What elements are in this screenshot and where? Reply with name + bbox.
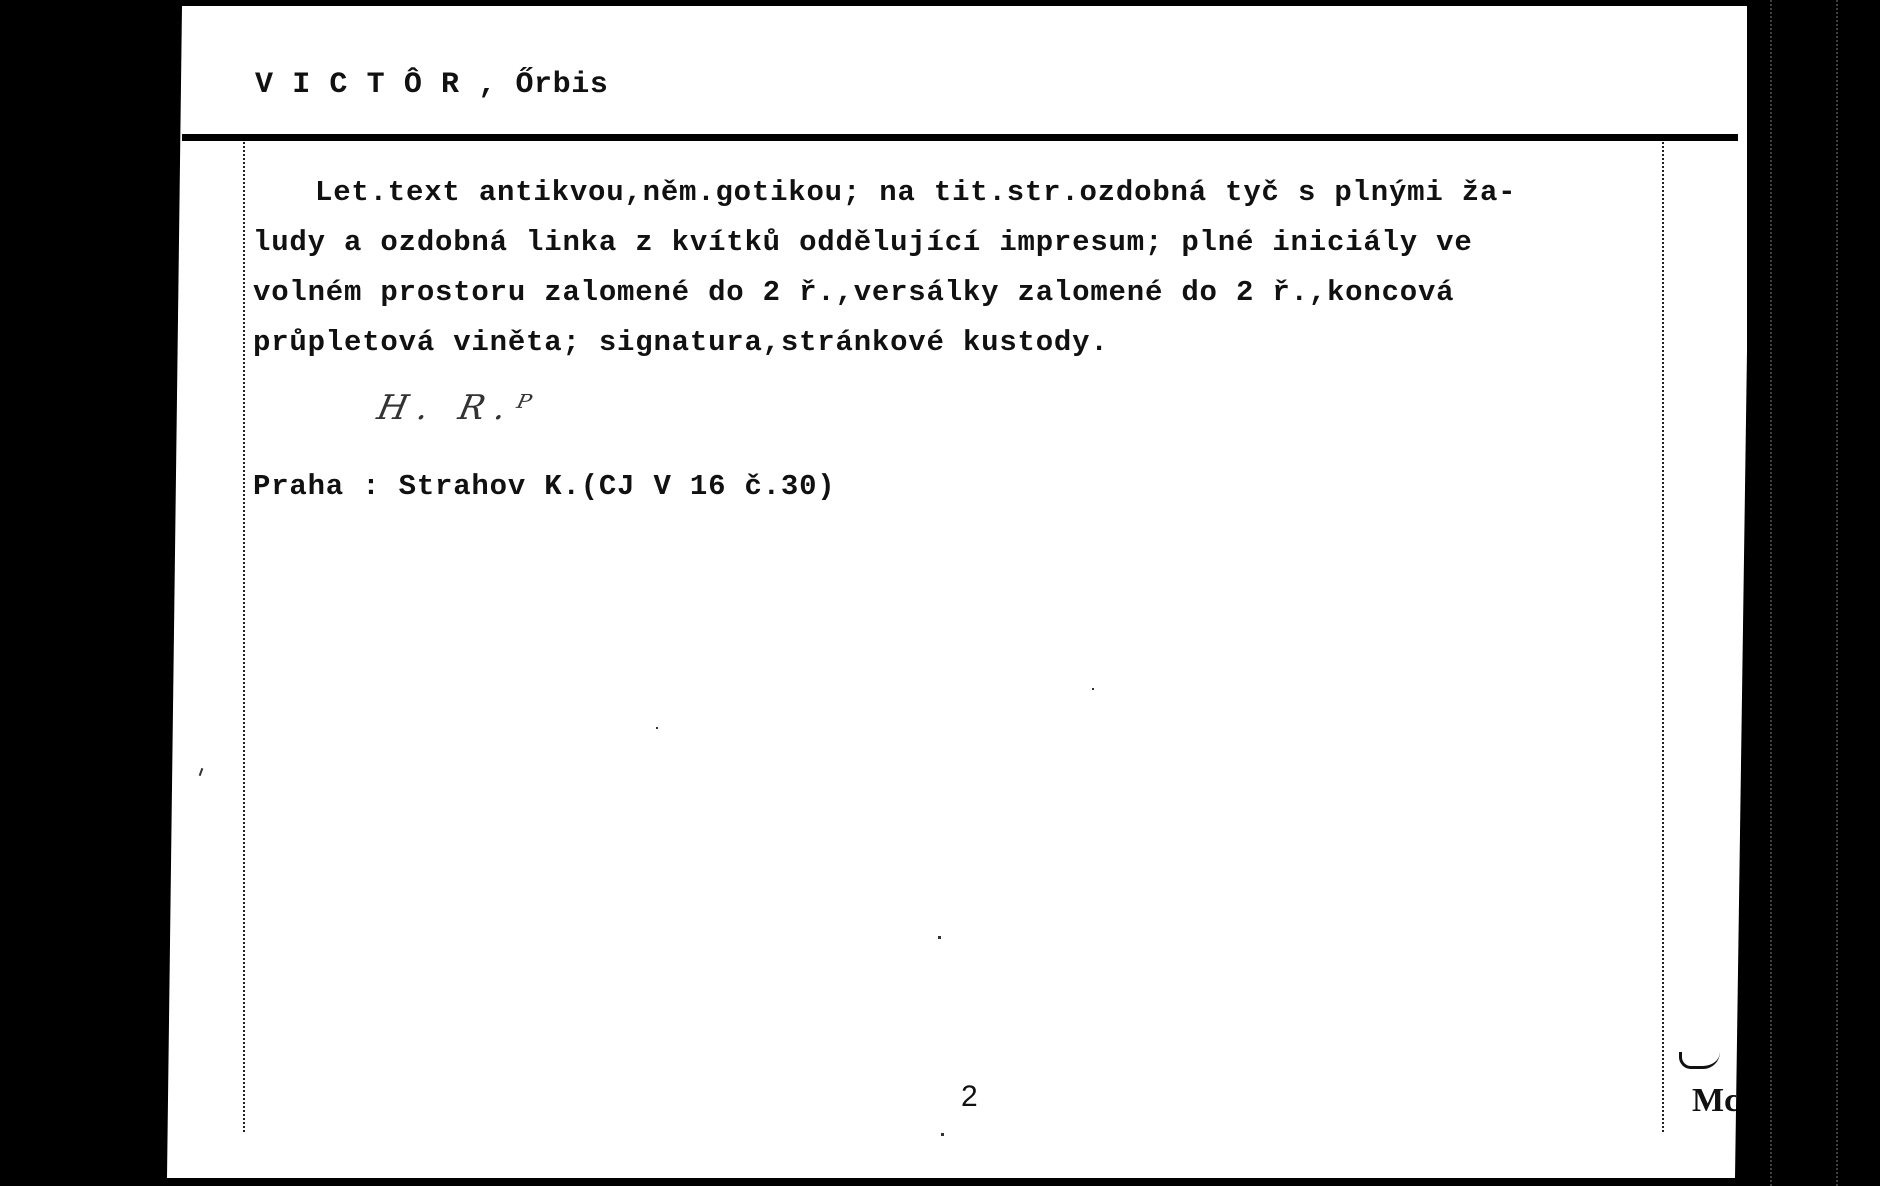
handwritten-note: H. R.ᴾ	[374, 388, 545, 428]
holding-location: Praha : Strahov K.(CJ V 16 č.30)	[253, 470, 836, 503]
card-heading: V I C T Ô R , Őrbis	[255, 68, 608, 102]
right-margin-line	[1662, 142, 1664, 1132]
scanned-catalog-card-image: V I C T Ô R , Őrbis Let.text antikvou,ně…	[0, 0, 1880, 1186]
page-number: 2	[961, 1080, 978, 1114]
scan-edge-artifact	[1836, 0, 1838, 1186]
heading-rule	[182, 134, 1738, 141]
left-margin-line	[243, 142, 245, 1132]
card-description: Let.text antikvou,něm.gotikou; na tit.st…	[253, 168, 1516, 368]
scan-edge-artifact	[1770, 0, 1772, 1186]
scan-speck	[938, 936, 941, 939]
scan-speck	[941, 1133, 944, 1136]
corner-label: Mc	[1692, 1082, 1736, 1120]
description-line: průpletová viněta; signatura,stránkové k…	[253, 318, 1516, 368]
scan-speck	[1092, 688, 1094, 690]
description-line: volném prostoru zalomené do 2 ř.,versálk…	[253, 268, 1516, 318]
description-line: Let.text antikvou,něm.gotikou; na tit.st…	[253, 168, 1516, 218]
scan-speck	[656, 727, 658, 729]
description-line: ludy a ozdobná linka z kvítků oddělující…	[253, 218, 1516, 268]
